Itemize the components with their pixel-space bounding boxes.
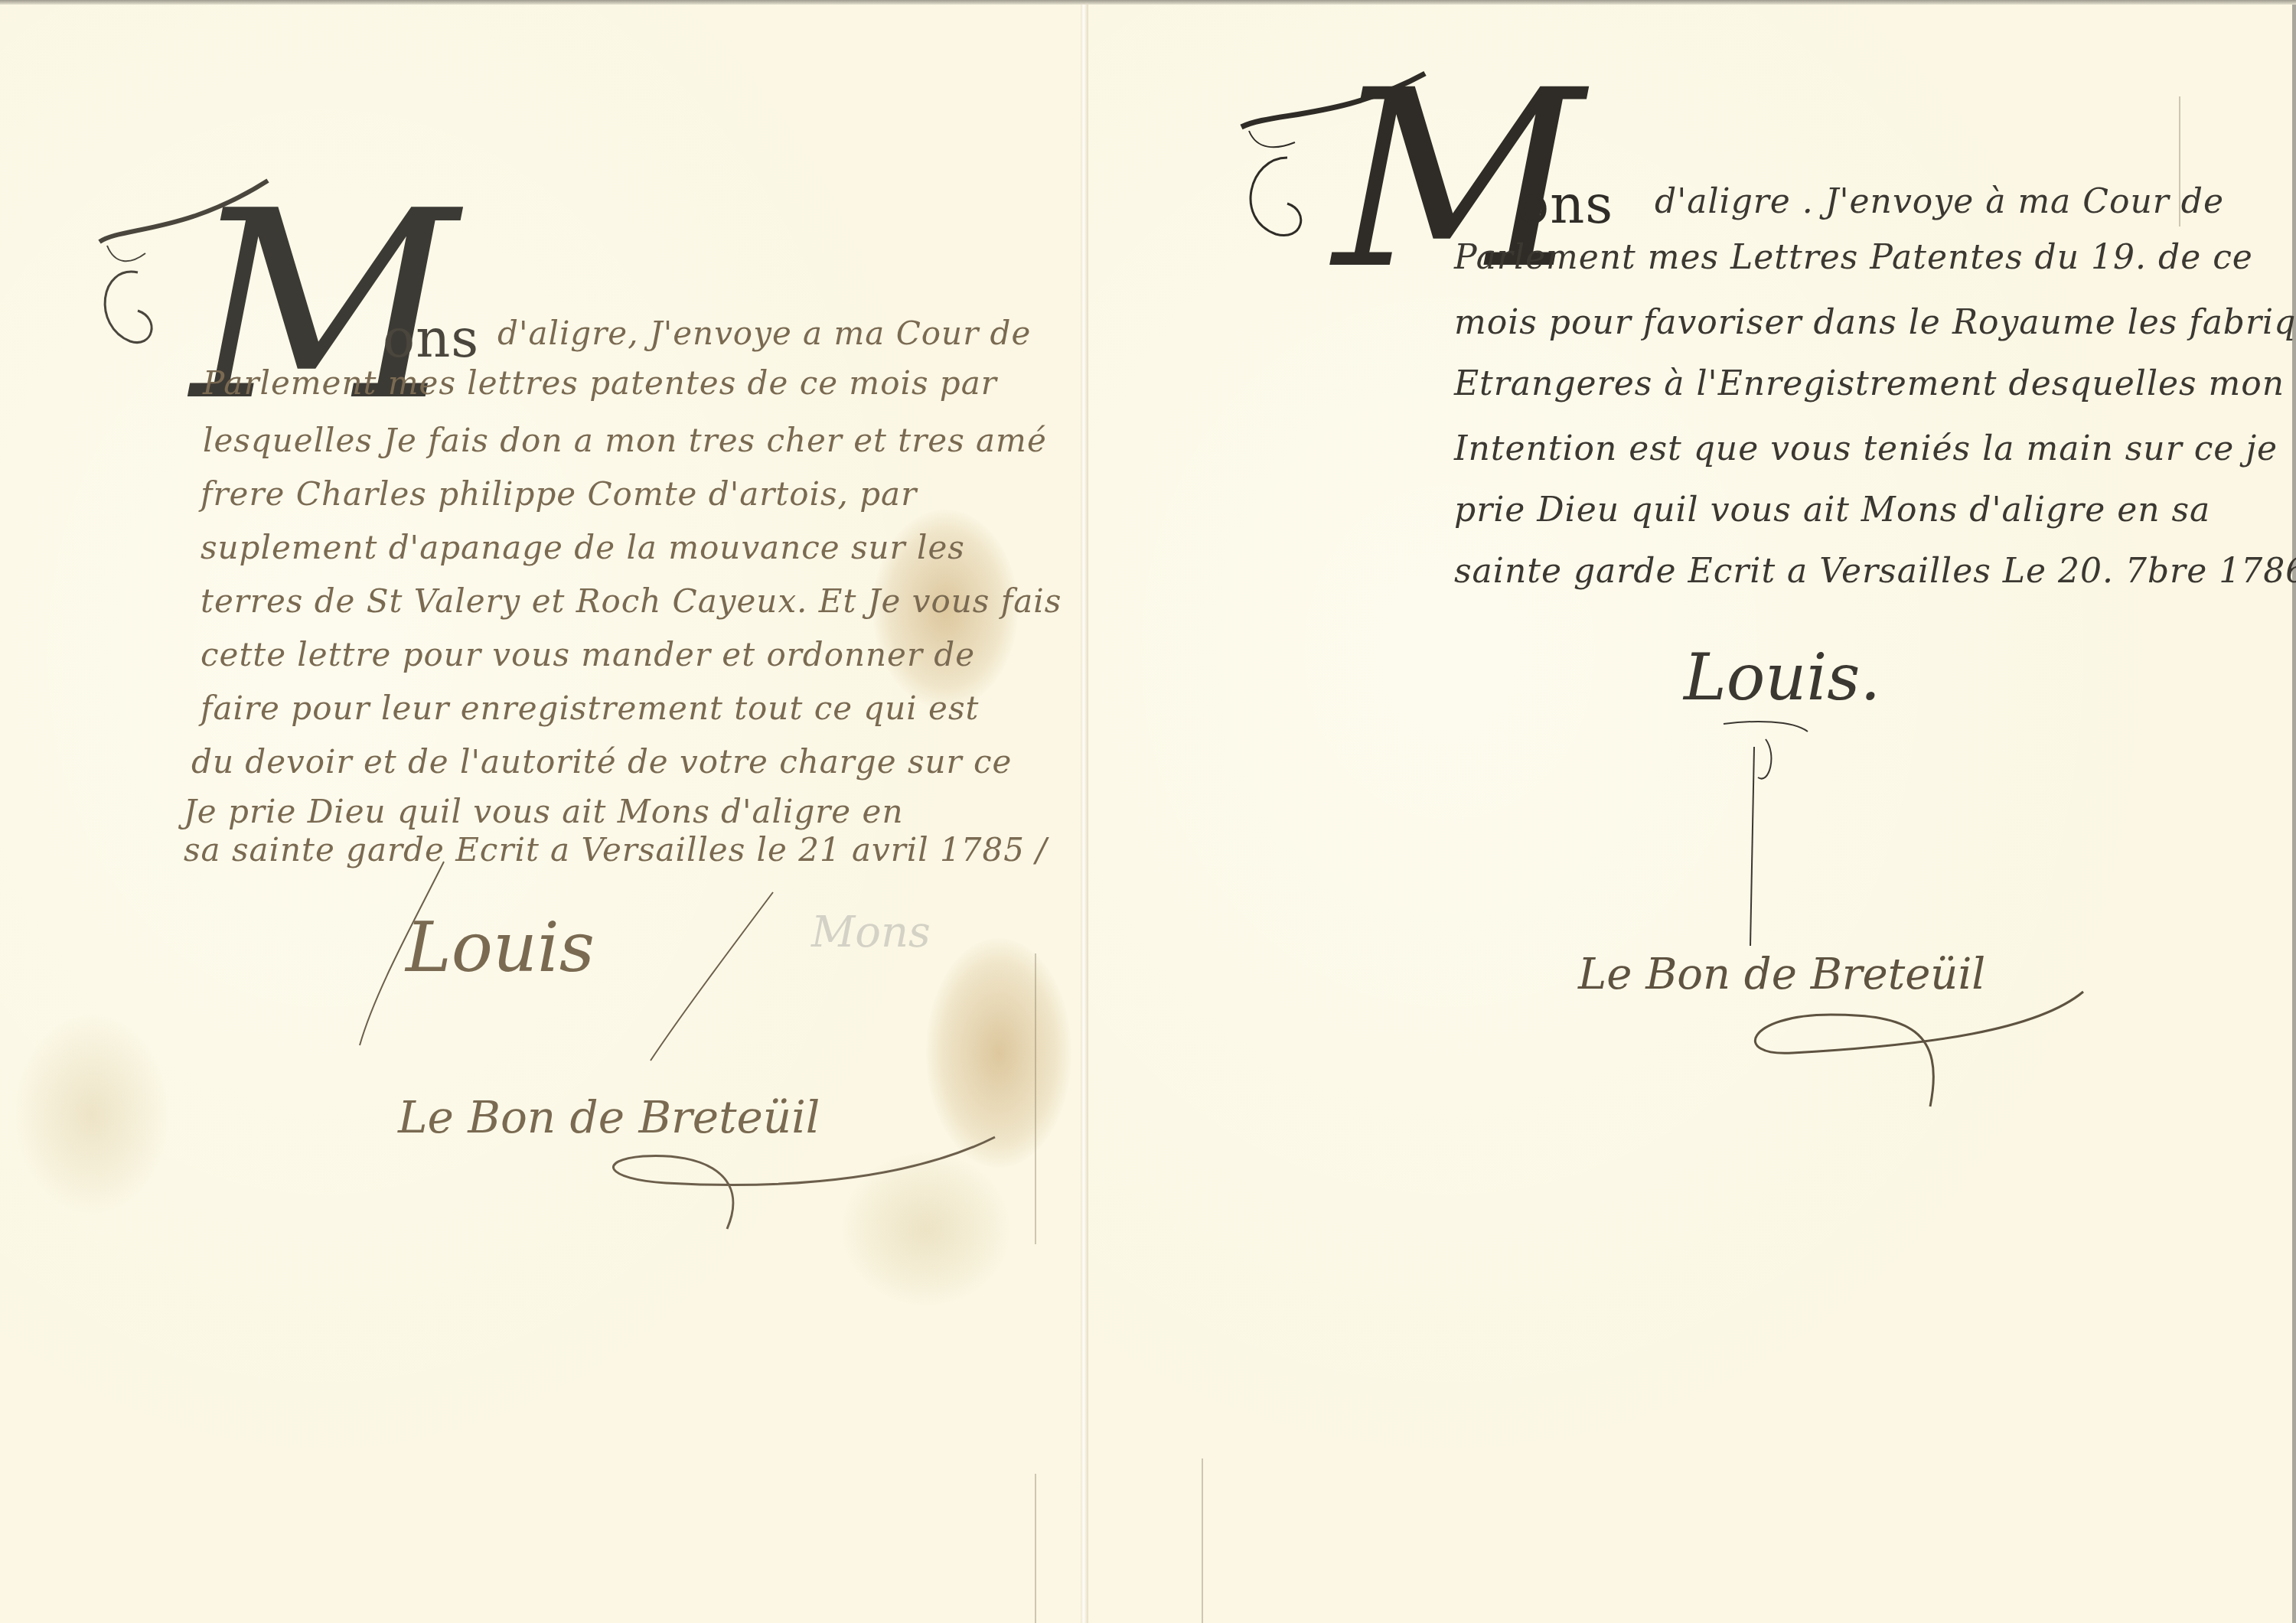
king-signature-paraph — [1724, 716, 1815, 961]
letter-line: d'aligre . J'envoye à ma Cour de — [1655, 182, 2224, 221]
fold-line — [1035, 953, 1036, 1244]
letter-line: frere Charles philippe Comte d'artois, p… — [201, 475, 917, 513]
letter-line: terres de St Valery et Roch Cayeux. Et J… — [201, 582, 1062, 620]
letter-line: Je prie Dieu quil vous ait Mons d'aligre… — [184, 793, 903, 830]
salutation-rest: ons — [1517, 173, 1613, 236]
minister-signature-flourish — [574, 1129, 1033, 1237]
fold-line — [1035, 1474, 1036, 1623]
left-page: M ons d'aligre, J'envoye a ma Cour de Pa… — [0, 5, 1081, 1623]
king-signature: Louis. — [1684, 640, 1880, 715]
letter-line: d'aligre, J'envoye a ma Cour de — [497, 314, 1031, 352]
king-signature: Louis — [406, 908, 595, 988]
letter-line: Parlement mes Lettres Patentes du 19. de… — [1454, 238, 2253, 277]
salutation-rest: ons — [383, 307, 479, 370]
letter-line: Intention est que vous teniés la main su… — [1454, 429, 2278, 468]
letter-line: Parlement mes lettres patentes de ce moi… — [203, 364, 997, 402]
letter-line: sainte garde Ecrit a Versailles Le 20. 7… — [1454, 552, 2296, 591]
minister-signature-flourish — [1731, 984, 2160, 1114]
letter-line: du devoir et de l'autorité de votre char… — [191, 743, 1012, 781]
letter-line: lesquelles Je fais don a mon tres cher e… — [203, 422, 1047, 459]
water-stain — [15, 1015, 168, 1214]
page-gutter — [1081, 5, 1088, 1623]
letter-line: Etrangeres à l'Enregistrement desquelles… — [1454, 364, 2285, 403]
fold-line — [1202, 1458, 1203, 1623]
letter-line: faire pour leur enregistrement tout ce q… — [201, 689, 979, 727]
letter-line: cette lettre pour vous mander et ordonne… — [201, 636, 975, 673]
right-page: M ons d'aligre . J'envoye à ma Cour de P… — [1088, 5, 2296, 1623]
letter-line: prie Dieu quil vous ait Mons d'aligre en… — [1454, 490, 2210, 530]
letter-line: mois pour favoriser dans le Royaume les … — [1454, 303, 2296, 342]
letter-line: suplement d'apanage de la mouvance sur l… — [201, 529, 965, 566]
